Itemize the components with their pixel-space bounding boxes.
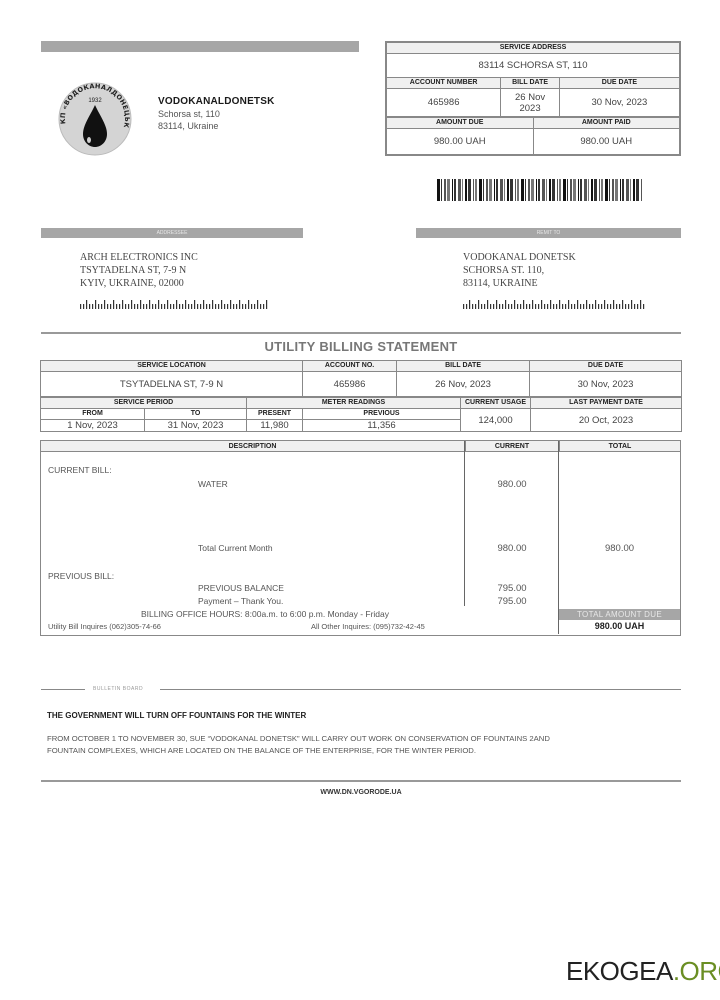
previous-reading: 11,356: [303, 420, 461, 432]
previous-balance-label: PREVIOUS BALANCE: [198, 583, 284, 593]
total-current-month-label: Total Current Month: [198, 543, 273, 553]
company-name: VODOKANALDONETSK: [158, 96, 275, 108]
bill-date: 26 Nov 2023: [501, 89, 560, 117]
water-current: 980.00: [465, 479, 559, 490]
previous-label: PREVIOUS: [303, 409, 461, 420]
meter-readings-label: METER READINGS: [247, 398, 461, 409]
present-reading: 11,980: [247, 420, 303, 432]
postal-barcode-remit: [463, 296, 645, 305]
statement-title: UTILITY BILLING STATEMENT: [41, 339, 681, 354]
total-current-month-current: 980.00: [465, 543, 559, 554]
remit-to-line: VODOKANAL DONETSK: [463, 251, 576, 264]
total-amount-due: 980.00 UAH: [559, 621, 680, 631]
watermark-tld: .ORG: [673, 956, 720, 986]
utility-inquiries: Utility Bill Inquires (062)305-74-66: [48, 622, 161, 631]
due-date: 30 Nov, 2023: [530, 372, 682, 397]
total-current-month-total: 980.00: [559, 543, 680, 554]
payment-amount: 795.00: [465, 596, 559, 607]
due-date: 30 Nov, 2023: [559, 89, 679, 117]
column-divider: [464, 441, 465, 606]
bulletin-label: BULLETIN BOARD: [93, 686, 143, 692]
amount-due-label: AMOUNT DUE: [387, 118, 534, 129]
payment-label: Payment – Thank You.: [198, 596, 283, 606]
addressee-line: ARCH ELECTRONICS INC: [80, 251, 198, 264]
to-label: TO: [145, 409, 247, 420]
company-logo: КП «ВОДОКАНАЛДОНЕЦЬК» 1932 1932: [54, 78, 136, 160]
total-label: TOTAL: [559, 441, 680, 452]
present-label: PRESENT: [247, 409, 303, 420]
bulletin-body: FROM OCTOBER 1 TO NOVEMBER 30, SUE “VODO…: [47, 733, 567, 757]
addressee-line: KYIV, UKRAINE, 02000: [80, 277, 198, 290]
amount-paid: 980.00 UAH: [533, 129, 680, 155]
current-bill-label: CURRENT BILL:: [48, 465, 112, 475]
barcode: [437, 179, 642, 201]
remit-to-line: SCHORSA ST. 110,: [463, 264, 576, 277]
previous-bill-label: PREVIOUS BILL:: [48, 571, 114, 581]
other-inquiries: All Other Inquires: (095)732-42-45: [311, 622, 425, 631]
bill-date-label: BILL DATE: [501, 78, 560, 89]
due-date-label: DUE DATE: [559, 78, 679, 89]
divider: [41, 332, 681, 334]
last-payment-date: 20 Oct, 2023: [531, 409, 682, 432]
water-drop-logo-icon: КП «ВОДОКАНАЛДОНЕЦЬК» 1932 1932: [54, 78, 136, 160]
amount-due: 980.00 UAH: [387, 129, 534, 155]
company-address-line2: 83114, Ukraine: [158, 120, 275, 132]
addressee-block: ARCH ELECTRONICS INC TSYTADELNA ST, 7-9 …: [80, 251, 198, 290]
addressee-line: TSYTADELNA ST, 7-9 N: [80, 264, 198, 277]
service-address: 83114 SCHORSA ST, 110: [387, 54, 680, 78]
current-usage: 124,000: [461, 409, 531, 432]
service-address-label: SERVICE ADDRESS: [387, 43, 680, 54]
statement-header-grid: SERVICE LOCATION ACCOUNT NO. BILL DATE D…: [40, 360, 681, 432]
current-label: CURRENT: [465, 441, 558, 452]
bulletin-headline: THE GOVERNMENT WILL TURN OFF FOUNTAINS F…: [47, 711, 306, 720]
divider: [160, 689, 681, 690]
website-link[interactable]: WWW.DN.VGORODE.UA: [41, 789, 681, 796]
watermark-name: EKOGEA: [566, 956, 673, 986]
divider: [41, 780, 681, 782]
remit-to-line: 83114, UKRAINE: [463, 277, 576, 290]
remit-to-label: REMIT TO: [416, 228, 681, 238]
water-label: WATER: [198, 479, 228, 489]
office-hours: BILLING OFFICE HOURS: 8:00a.m. to 6:00 p…: [141, 609, 389, 619]
divider: [41, 689, 85, 690]
postal-barcode-addressee: [80, 296, 268, 305]
service-period-label: SERVICE PERIOD: [41, 398, 247, 409]
bill-date-label: BILL DATE: [397, 361, 530, 372]
account-no-label: ACCOUNT NO.: [303, 361, 397, 372]
account-no: 465986: [303, 372, 397, 397]
charges-detail: DESCRIPTION CURRENT TOTAL CURRENT BILL: …: [40, 440, 681, 636]
service-location: TSYTADELNA ST, 7-9 N: [41, 372, 303, 397]
company-address-line1: Schorsa st, 110: [158, 108, 275, 120]
account-number: 465986: [387, 89, 501, 117]
bill-date: 26 Nov, 2023: [397, 372, 530, 397]
due-date-label: DUE DATE: [530, 361, 682, 372]
description-label: DESCRIPTION: [41, 441, 464, 452]
from-date: 1 Nov, 2023: [41, 420, 145, 432]
service-location-label: SERVICE LOCATION: [41, 361, 303, 372]
total-amount-due-label: TOTAL AMOUNT DUE: [559, 609, 680, 620]
account-number-label: ACCOUNT NUMBER: [387, 78, 501, 89]
from-label: FROM: [41, 409, 145, 420]
svg-text:1932: 1932: [88, 98, 102, 104]
header-bar: [41, 41, 359, 52]
watermark: EKOGEA.ORG: [566, 956, 720, 987]
previous-balance: 795.00: [465, 583, 559, 594]
addressee-label: ADDRESSEE: [41, 228, 303, 238]
current-usage-label: CURRENT USAGE: [461, 398, 531, 409]
remit-to-block: VODOKANAL DONETSK SCHORSA ST. 110, 83114…: [463, 251, 576, 290]
last-payment-date-label: LAST PAYMENT DATE: [531, 398, 682, 409]
to-date: 31 Nov, 2023: [145, 420, 247, 432]
amount-paid-label: AMOUNT PAID: [533, 118, 680, 129]
company-info: VODOKANALDONETSK Schorsa st, 110 83114, …: [158, 96, 275, 132]
service-summary-box: SERVICE ADDRESS 83114 SCHORSA ST, 110 AC…: [385, 41, 681, 156]
